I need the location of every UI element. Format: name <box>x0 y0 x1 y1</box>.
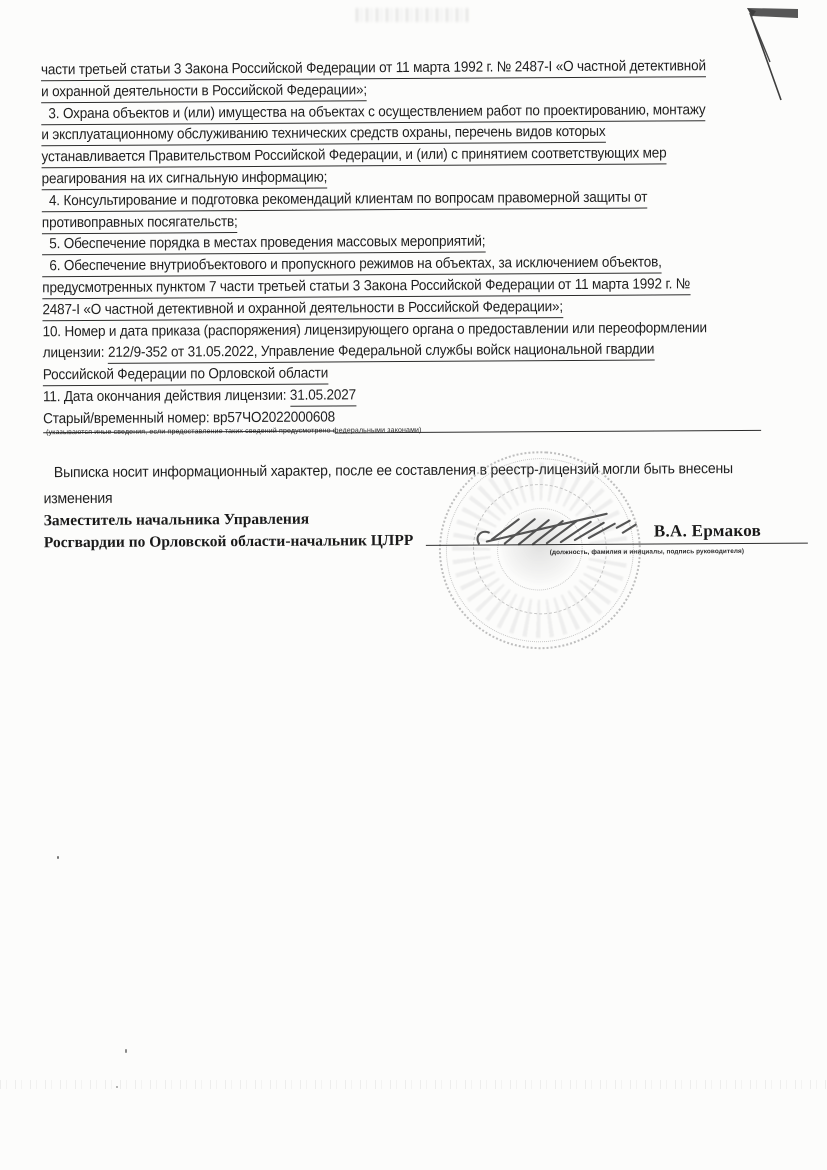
underlined-text: 3. Охрана объектов и (или) имущества на … <box>41 102 705 125</box>
underlined-text: 4. Консультирование и подготовка рекомен… <box>42 189 648 212</box>
underlined-text: реагирования на их сигнальную информацию… <box>42 169 328 190</box>
underlined-text: 212/9-352 от 31.05.2022, Управление Феде… <box>108 342 654 364</box>
underlined-text: 31.05.2027 <box>290 387 356 406</box>
plain-text: 11. Дата окончания действия лицензии: <box>43 388 290 406</box>
info-note-line2: изменения <box>44 491 113 507</box>
underlined-text: и эксплуатационному обслуживанию техниче… <box>41 124 605 146</box>
signer-title: Заместитель начальника Управления Росгва… <box>44 508 414 554</box>
form-footnote: (указываются иные сведения, если предост… <box>46 427 421 436</box>
info-note: Выписка носит информационный характер, п… <box>43 456 765 512</box>
plain-text: 10. Номер и дата приказа (распоряжения) … <box>43 320 707 340</box>
underlined-text: 2487-I «О частной детективной и охранной… <box>42 299 563 321</box>
underlined-text: части третьей статьи 3 Закона Российской… <box>41 58 706 81</box>
signature-caption: (должность, фамилия и инициалы, подпись … <box>532 548 762 556</box>
signer-name: В.А. Ермаков <box>654 521 761 542</box>
scan-speck <box>57 856 59 859</box>
scan-speck <box>125 1049 127 1053</box>
underlined-text: предусмотренных пунктом 7 части третьей … <box>42 276 690 299</box>
info-note-line1: Выписка носит информационный характер, п… <box>43 456 765 486</box>
underlined-text: противоправных посягательств; <box>42 214 238 234</box>
underlined-text: 6. Обеспечение внутриобъектового и пропу… <box>42 255 662 278</box>
signer-title-line2: Росгвардии по Орловской области-начальни… <box>44 530 414 554</box>
scanned-document-page: части третьей статьи 3 Закона Российской… <box>0 0 827 1170</box>
plain-text: лицензии: <box>43 345 108 361</box>
document-content: части третьей статьи 3 Закона Российской… <box>0 0 827 1170</box>
underlined-text: и охранной деятельности в Российской Фед… <box>41 82 367 103</box>
underlined-text: 5. Обеспечение порядка в местах проведен… <box>42 234 485 256</box>
signer-title-line1: Заместитель начальника Управления <box>44 508 414 532</box>
underlined-text: Российской Федерации по Орловской област… <box>43 366 328 387</box>
underlined-text: устанавливается Правительством Российско… <box>41 146 666 169</box>
scan-speck <box>116 1086 118 1088</box>
scan-noise-band <box>0 1080 827 1089</box>
document-lines: части третьей статьи 3 Закона Российской… <box>41 58 761 433</box>
